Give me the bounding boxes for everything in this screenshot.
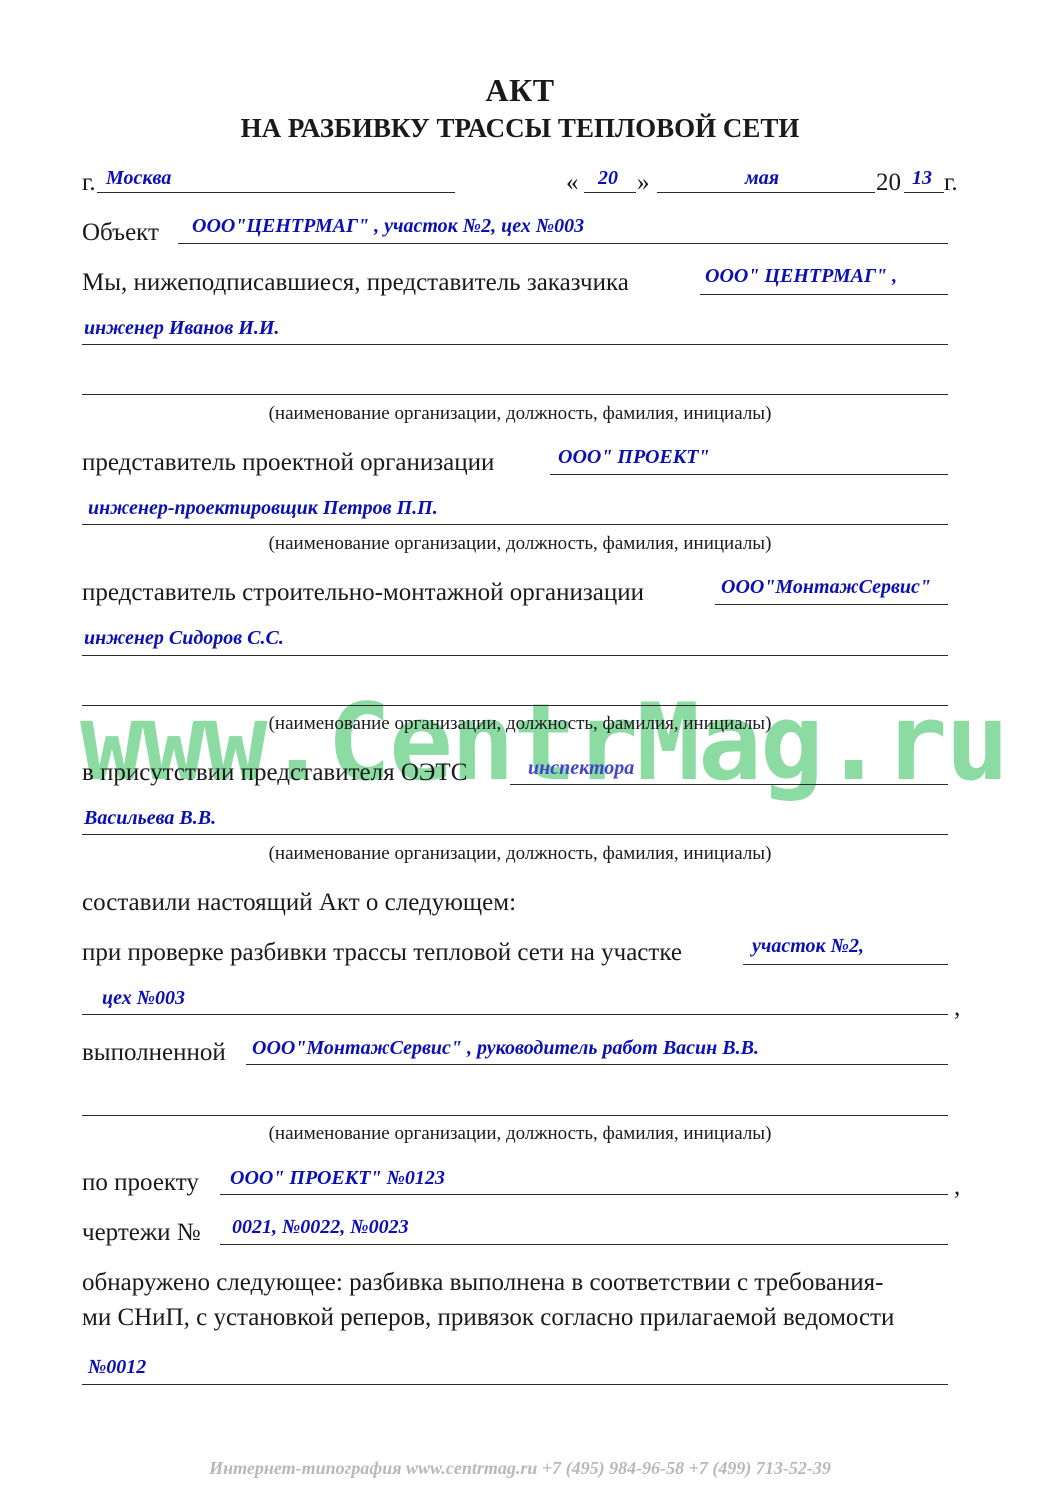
date-close-quote: »: [637, 170, 650, 195]
design-line-2: [82, 524, 948, 525]
performed-line-2: [82, 1115, 948, 1116]
found-line: [82, 1384, 948, 1385]
design-field-2[interactable]: инженер-проектировщик Петров П.П.: [88, 498, 438, 518]
performed-hint: (наименование организации, должность, фа…: [0, 1124, 1040, 1143]
footer-contacts: Интернет-типография www.centrmag.ru +7 (…: [0, 1458, 1040, 1479]
performed-line-1: [246, 1064, 948, 1065]
found-field[interactable]: №0012: [88, 1357, 146, 1377]
design-hint: (наименование организации, должность, фа…: [0, 534, 1040, 553]
construction-line-3: [82, 705, 948, 706]
check-line-2: [82, 1014, 948, 1015]
city-field[interactable]: Москва: [106, 168, 171, 188]
project-line: [220, 1194, 948, 1195]
oets-label: в присутствии представителя ОЭТС: [82, 760, 467, 785]
design-line-1: [550, 474, 948, 475]
year-line: [904, 192, 944, 193]
city-prefix: г.: [82, 170, 96, 195]
day-line: [584, 192, 636, 193]
object-label: Объект: [82, 220, 159, 245]
project-label: по проекту: [82, 1170, 199, 1195]
project-comma: ,: [954, 1174, 960, 1199]
customer-field-2[interactable]: инженер Иванов И.И.: [84, 318, 279, 338]
customer-line-2: [82, 344, 948, 345]
year-prefix: 20: [876, 170, 901, 195]
construction-line-1: [715, 604, 948, 605]
document-subtitle: НА РАЗБИВКУ ТРАССЫ ТЕПЛОВОЙ СЕТИ: [0, 113, 1040, 144]
customer-label: Мы, нижеподписавшиеся, представитель зак…: [82, 270, 629, 295]
day-field[interactable]: 20: [598, 168, 618, 188]
customer-line-3: [82, 394, 948, 395]
drawings-line: [220, 1244, 948, 1245]
drawings-field[interactable]: 0021, №0022, №0023: [232, 1217, 409, 1237]
document-title: АКТ: [0, 72, 1040, 109]
drawings-label: чертежи №: [82, 1220, 201, 1245]
oets-hint: (наименование организации, должность, фа…: [0, 844, 1040, 863]
construction-hint: (наименование организации, должность, фа…: [0, 714, 1040, 733]
found-text-line-1: обнаружено следующее: разбивка выполнена…: [82, 1270, 884, 1295]
object-line: [178, 243, 948, 244]
check-comma: ,: [954, 995, 960, 1020]
check-field-2[interactable]: цех №003: [102, 988, 185, 1008]
construction-field-1[interactable]: ООО"МонтажСервис": [721, 577, 931, 597]
month-field[interactable]: мая: [745, 168, 779, 188]
check-label: при проверке разбивки трассы тепловой се…: [82, 940, 682, 965]
object-field[interactable]: ООО"ЦЕНТРМАГ" , участок №2, цех №003: [192, 216, 584, 236]
check-line-1: [743, 964, 948, 965]
compiled-text: составили настоящий Акт о следующем:: [82, 890, 516, 915]
oets-line-1: [510, 784, 948, 785]
project-field[interactable]: ООО" ПРОЕКТ" №0123: [230, 1168, 445, 1188]
design-field-1[interactable]: ООО" ПРОЕКТ": [558, 447, 710, 467]
year-suffix: г.: [944, 170, 958, 195]
customer-line-1: [700, 294, 948, 295]
construction-line-2: [82, 655, 948, 656]
found-text-line-2: ми СНиП, с установкой реперов, привязок …: [82, 1305, 894, 1330]
construction-label: представитель строительно-монтажной орга…: [82, 580, 644, 605]
oets-field-2[interactable]: Васильева В.В.: [84, 808, 216, 828]
performed-field[interactable]: ООО"МонтажСервис" , руководитель работ В…: [252, 1038, 759, 1058]
oets-line-2: [82, 834, 948, 835]
oets-field-1[interactable]: инспектора: [528, 758, 634, 778]
check-field-1[interactable]: участок №2,: [752, 936, 864, 956]
customer-hint: (наименование организации, должность, фа…: [0, 404, 1040, 423]
construction-field-2[interactable]: инженер Сидоров С.С.: [84, 628, 284, 648]
design-label: представитель проектной организации: [82, 450, 494, 475]
month-line: [657, 192, 875, 193]
performed-label: выполненной: [82, 1040, 226, 1065]
customer-field-1[interactable]: ООО" ЦЕНТРМАГ" ,: [705, 266, 897, 286]
date-open-quote: «: [566, 170, 579, 195]
year-field[interactable]: 13: [912, 168, 932, 188]
city-line: [97, 192, 455, 193]
